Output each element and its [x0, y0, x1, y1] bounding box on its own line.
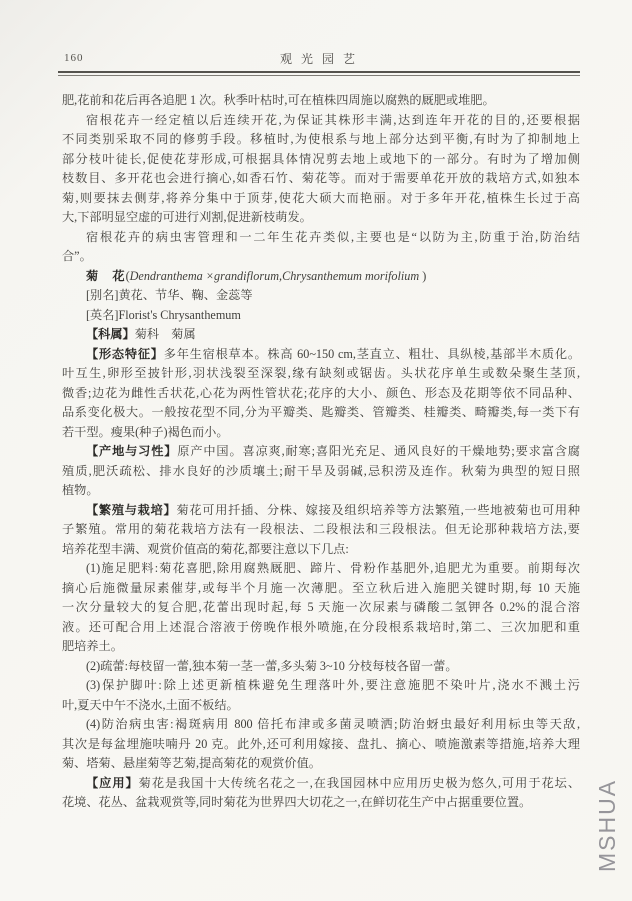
watermark: MSHUA: [594, 779, 621, 872]
text-line: 【应用】菊花是我国十大传统名花之一,在我国园林中应用历史极为悠久,可用于花坛、: [62, 774, 580, 794]
text-line: 植物。: [62, 481, 580, 501]
text-line: 宿根花卉一经定植以后连续开花,为保证其株形丰满,达到连年开花的目的,还要根据: [62, 111, 580, 131]
text-line: 品系变化极大。一般按花型不同,分为平瓣类、匙瓣类、管瓣类、桂瓣类、畸瓣类,每一类…: [62, 403, 580, 423]
text-line: 菊 花(Dendranthema ×grandiflorum,Chrysanth…: [62, 267, 580, 287]
text-line: 大,下部明显空虚的可进行刈割,促进新枝萌发。: [62, 208, 580, 228]
text-line: 子繁殖。常用的菊花栽培方法有一段根法、二段根法和三段根法。但无论那种栽培方法,要: [62, 520, 580, 540]
text-line: 枝数目、多开花也会进行摘心,如香石竹、菊花等。而对于需要单花开放的栽培方式,如独…: [62, 169, 580, 189]
header-rule-thick: [58, 71, 580, 73]
text-line: 花境、花丛、盆栽观赏等,同时菊花为世界四大切花之一,在鲜切花生产中占据重要位置。: [62, 793, 580, 813]
text-line: (3)保护脚叶:除上述更新植株避免生理落叶外,要注意施肥不染叶片,浇水不溅土污: [62, 676, 580, 696]
text-line: (1)施足肥料:菊花喜肥,除用腐熟厩肥、蹄片、骨粉作基肥外,追肥尤为重要。前期每…: [62, 559, 580, 579]
text-line: 其次是每盆埋施呋喃丹 20 克。此外,还可利用嫁接、盘扎、摘心、喷施激素等措施,…: [62, 735, 580, 755]
text-line: 摘心后施微量尿素催芽,或每半个月施一次薄肥。至立秋后进入施肥关键时期,每 10 …: [62, 579, 580, 599]
text-line: 菊,则要抹去侧芽,将养分集中于顶芽,使花大硕大而艳丽。对于多年开花,植株生长过于…: [62, 189, 580, 209]
text-line: [别名]黄花、节华、鞠、金蕊等: [62, 286, 580, 306]
text-line: 肥培养土。: [62, 637, 580, 657]
text-line: 一次分量较大的复合肥,花蕾出现时起,每 5 天施一次尿素与磷酸二氢钾各 0.2%…: [62, 598, 580, 618]
text-line: 殖质,肥沃疏松、排水良好的沙质壤土;耐干旱及弱碱,忌积涝及连作。秋菊为典型的短日…: [62, 462, 580, 482]
text-line: 【产地与习性】原产中国。喜凉爽,耐寒;喜阳光充足、通风良好的干燥地势;要求富含腐: [62, 442, 580, 462]
text-line: 【科属】菊科 菊属: [62, 325, 580, 345]
text-line: (2)疏蕾:每枝留一蕾,独本菊一茎一蕾,多头菊 3~10 分枝每枝各留一蕾。: [62, 657, 580, 677]
page-body-text: 肥,花前和花后再各追肥 1 次。秋季叶枯时,可在植株四周施以腐熟的厩肥或堆肥。宿…: [62, 91, 580, 813]
book-page: 160 观 光 园 艺 肥,花前和花后再各追肥 1 次。秋季叶枯时,可在植株四周…: [0, 0, 632, 901]
text-line: 宿根花卉的病虫害管理和一二年生花卉类似,主要也是“以防为主,防重于治,防治结: [62, 228, 580, 248]
header-rule: [58, 71, 580, 76]
text-line: 液。还可配合用上述混合溶液于傍晚作根外喷施,在分段根系栽培时,第二、三次加肥和重: [62, 618, 580, 638]
text-line: 叶互生,卵形至披针形,羽状浅裂至深裂,缘有缺刻或锯齿。头状花序单生或数朵聚生茎顶…: [62, 364, 580, 384]
text-line: 部分枝叶徒长,促使花芽形成,可根据具体情况剪去地上或地下的一部分。有时为了增加侧: [62, 150, 580, 170]
header-rule-thin: [58, 75, 580, 76]
text-line: [英名]Florist's Chrysanthemum: [62, 306, 580, 326]
text-line: 叶,夏天中午不浇水,土面不板结。: [62, 696, 580, 716]
text-line: 【形态特征】多年生宿根草本。株高 60~150 cm,茎直立、粗壮、具纵棱,基部…: [62, 345, 580, 365]
page-header: 160 观 光 园 艺: [58, 50, 580, 68]
text-line: 微香;边花为雌性舌状花,心花为两性管状花;花序的大小、颜色、形态及花期等依不同品…: [62, 384, 580, 404]
text-line: (4)防治病虫害:褐斑病用 800 倍托布津或多菌灵喷洒;防治蚜虫最好利用标虫等…: [62, 715, 580, 735]
text-line: 肥,花前和花后再各追肥 1 次。秋季叶枯时,可在植株四周施以腐熟的厩肥或堆肥。: [62, 91, 580, 111]
species-name-latin: Dendranthema ×grandiflorum,Chrysanthemum…: [130, 269, 420, 283]
text-line: 【繁殖与栽培】菊花可用扦插、分株、嫁接及组织培养等方法繁殖,一些地被菊也可用种: [62, 501, 580, 521]
text-line: 合”。: [62, 247, 580, 267]
text-line: 若干型。瘦果(种子)褐色而小。: [62, 423, 580, 443]
running-title: 观 光 园 艺: [58, 50, 580, 67]
species-name-cn: 菊 花: [86, 269, 126, 283]
text-line: 培养花型丰满、观赏价值高的菊花,都要注意以下几点:: [62, 540, 580, 560]
text-line: 不同类别采取不同的修剪手段。移植时,为使根系与地上部分达到平衡,有时为了抑制地上: [62, 130, 580, 150]
text-line: 菊、塔菊、悬崖菊等艺菊,提高菊花的观赏价值。: [62, 754, 580, 774]
